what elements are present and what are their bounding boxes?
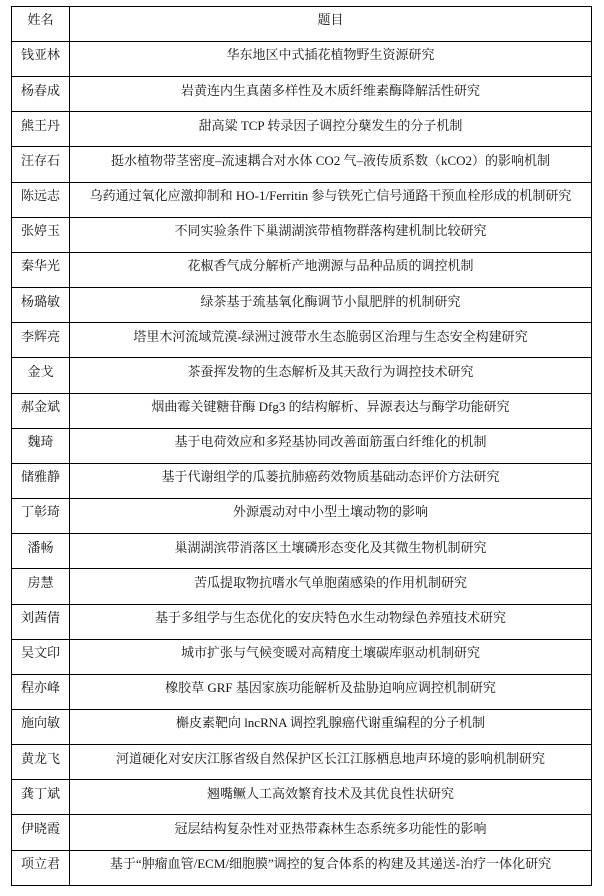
title-cell: 河道硬化对安庆江豚省级自然保护区长江江豚栖息地声环境的影响机制研究	[70, 745, 592, 780]
table-row: 杨春成 岩黄连内生真菌多样性及木质纤维素酶降解活性研究	[12, 77, 592, 112]
title-cell: 挺水植物带茎密度–流速耦合对水体 CO2 气–液传质系数（kCO2）的影响机制	[70, 147, 592, 182]
title-cell: 塔里木河流域荒漠-绿洲过渡带水生态脆弱区治理与生态安全构建研究	[70, 323, 592, 358]
title-cell: 甜高粱 TCP 转录因子调控分蘖发生的分子机制	[70, 112, 592, 147]
table-row: 程亦峰 橡胶草 GRF 基因家族功能解析及盐胁迫响应调控机制研究	[12, 674, 592, 709]
name-cell: 黄龙飞	[12, 745, 70, 780]
thesis-roster-table: 姓名 题目 钱亚林 华东地区中式插花植物野生资源研究 杨春成 岩黄连内生真菌多样…	[11, 6, 592, 886]
table-row: 张婷玉 不同实验条件下巢湖湖滨带植物群落构建机制比较研究	[12, 217, 592, 252]
title-cell: 烟曲霉关键糖苷酶 Dfg3 的结构解析、异源表达与酶学功能研究	[70, 393, 592, 428]
table-row: 郝金斌 烟曲霉关键糖苷酶 Dfg3 的结构解析、异源表达与酶学功能研究	[12, 393, 592, 428]
table-row: 黄龙飞 河道硬化对安庆江豚省级自然保护区长江江豚栖息地声环境的影响机制研究	[12, 745, 592, 780]
title-cell: 茶蚕挥发物的生态解析及其天敌行为调控技术研究	[70, 358, 592, 393]
title-cell: 花椒香气成分解析产地溯源与品种品质的调控机制	[70, 252, 592, 287]
name-cell: 金戈	[12, 358, 70, 393]
name-cell: 潘畅	[12, 534, 70, 569]
name-cell: 钱亚林	[12, 42, 70, 77]
table-row: 伊晓霞 冠层结构复杂性对亚热带森林生态系统多功能性的影响	[12, 815, 592, 850]
name-cell: 伊晓霞	[12, 815, 70, 850]
table-row: 龚丁斌 翘嘴鳜人工高效繁育技术及其优良性状研究	[12, 780, 592, 815]
title-cell: 巢湖湖滨带消落区土壤磷形态变化及其微生物机制研究	[70, 534, 592, 569]
table-body: 钱亚林 华东地区中式插花植物野生资源研究 杨春成 岩黄连内生真菌多样性及木质纤维…	[12, 42, 592, 886]
title-cell: 基于多组学与生态优化的安庆特色水生动物绿色养殖技术研究	[70, 604, 592, 639]
table-row: 项立君 基于“肿瘤血管/ECM/细胞膜”调控的复合体系的构建及其递送-治疗一体化…	[12, 850, 592, 885]
name-cell: 杨春成	[12, 77, 70, 112]
table-row: 汪存石 挺水植物带茎密度–流速耦合对水体 CO2 气–液传质系数（kCO2）的影…	[12, 147, 592, 182]
title-cell: 翘嘴鳜人工高效繁育技术及其优良性状研究	[70, 780, 592, 815]
name-cell: 熊王丹	[12, 112, 70, 147]
table-row: 潘畅 巢湖湖滨带消落区土壤磷形态变化及其微生物机制研究	[12, 534, 592, 569]
table-header: 姓名 题目	[12, 7, 592, 42]
name-cell: 房慧	[12, 569, 70, 604]
column-header-name: 姓名	[12, 7, 70, 42]
title-cell: 乌药通过氧化应激抑制和 HO-1/Ferritin 参与铁死亡信号通路干预血栓形…	[70, 182, 592, 217]
title-cell: 冠层结构复杂性对亚热带森林生态系统多功能性的影响	[70, 815, 592, 850]
title-cell: 苦瓜提取物抗嗜水气单胞菌感染的作用机制研究	[70, 569, 592, 604]
name-cell: 汪存石	[12, 147, 70, 182]
table-row: 丁彰琦 外源震动对中小型土壤动物的影响	[12, 499, 592, 534]
name-cell: 吴文印	[12, 639, 70, 674]
table-row: 储雅静 基于代谢组学的瓜蒌抗肺癌药效物质基础动态评价方法研究	[12, 463, 592, 498]
title-cell: 绿茶基于巯基氧化酶调节小鼠肥胖的机制研究	[70, 288, 592, 323]
name-cell: 程亦峰	[12, 674, 70, 709]
title-cell: 不同实验条件下巢湖湖滨带植物群落构建机制比较研究	[70, 217, 592, 252]
name-cell: 陈远志	[12, 182, 70, 217]
name-cell: 郝金斌	[12, 393, 70, 428]
name-cell: 丁彰琦	[12, 499, 70, 534]
title-cell: 城市扩张与气候变暖对高精度土壤碳库驱动机制研究	[70, 639, 592, 674]
table-row: 秦华光 花椒香气成分解析产地溯源与品种品质的调控机制	[12, 252, 592, 287]
name-cell: 施向敏	[12, 709, 70, 744]
table-row: 施向敏 槲皮素靶向 lncRNA 调控乳腺癌代谢重编程的分子机制	[12, 709, 592, 744]
name-cell: 储雅静	[12, 463, 70, 498]
title-cell: 基于代谢组学的瓜蒌抗肺癌药效物质基础动态评价方法研究	[70, 463, 592, 498]
table-row: 刘茜倩 基于多组学与生态优化的安庆特色水生动物绿色养殖技术研究	[12, 604, 592, 639]
title-cell: 岩黄连内生真菌多样性及木质纤维素酶降解活性研究	[70, 77, 592, 112]
title-cell: 基于电荷效应和多羟基协同改善面筋蛋白纤维化的机制	[70, 428, 592, 463]
table-row: 陈远志 乌药通过氧化应激抑制和 HO-1/Ferritin 参与铁死亡信号通路干…	[12, 182, 592, 217]
table-row: 钱亚林 华东地区中式插花植物野生资源研究	[12, 42, 592, 77]
column-header-title: 题目	[70, 7, 592, 42]
name-cell: 项立君	[12, 850, 70, 885]
name-cell: 魏琦	[12, 428, 70, 463]
name-cell: 龚丁斌	[12, 780, 70, 815]
table-row: 熊王丹 甜高粱 TCP 转录因子调控分蘖发生的分子机制	[12, 112, 592, 147]
table-row: 杨璐敏 绿茶基于巯基氧化酶调节小鼠肥胖的机制研究	[12, 288, 592, 323]
table-row: 魏琦 基于电荷效应和多羟基协同改善面筋蛋白纤维化的机制	[12, 428, 592, 463]
title-cell: 华东地区中式插花植物野生资源研究	[70, 42, 592, 77]
title-cell: 槲皮素靶向 lncRNA 调控乳腺癌代谢重编程的分子机制	[70, 709, 592, 744]
name-cell: 杨璐敏	[12, 288, 70, 323]
name-cell: 张婷玉	[12, 217, 70, 252]
table-row: 李辉亮 塔里木河流域荒漠-绿洲过渡带水生态脆弱区治理与生态安全构建研究	[12, 323, 592, 358]
title-cell: 橡胶草 GRF 基因家族功能解析及盐胁迫响应调控机制研究	[70, 674, 592, 709]
name-cell: 李辉亮	[12, 323, 70, 358]
table-row: 房慧 苦瓜提取物抗嗜水气单胞菌感染的作用机制研究	[12, 569, 592, 604]
table-row: 金戈 茶蚕挥发物的生态解析及其天敌行为调控技术研究	[12, 358, 592, 393]
header-row: 姓名 题目	[12, 7, 592, 42]
document-page: 姓名 题目 钱亚林 华东地区中式插花植物野生资源研究 杨春成 岩黄连内生真菌多样…	[0, 0, 604, 896]
name-cell: 刘茜倩	[12, 604, 70, 639]
name-cell: 秦华光	[12, 252, 70, 287]
table-row: 吴文印 城市扩张与气候变暖对高精度土壤碳库驱动机制研究	[12, 639, 592, 674]
title-cell: 外源震动对中小型土壤动物的影响	[70, 499, 592, 534]
title-cell: 基于“肿瘤血管/ECM/细胞膜”调控的复合体系的构建及其递送-治疗一体化研究	[70, 850, 592, 885]
